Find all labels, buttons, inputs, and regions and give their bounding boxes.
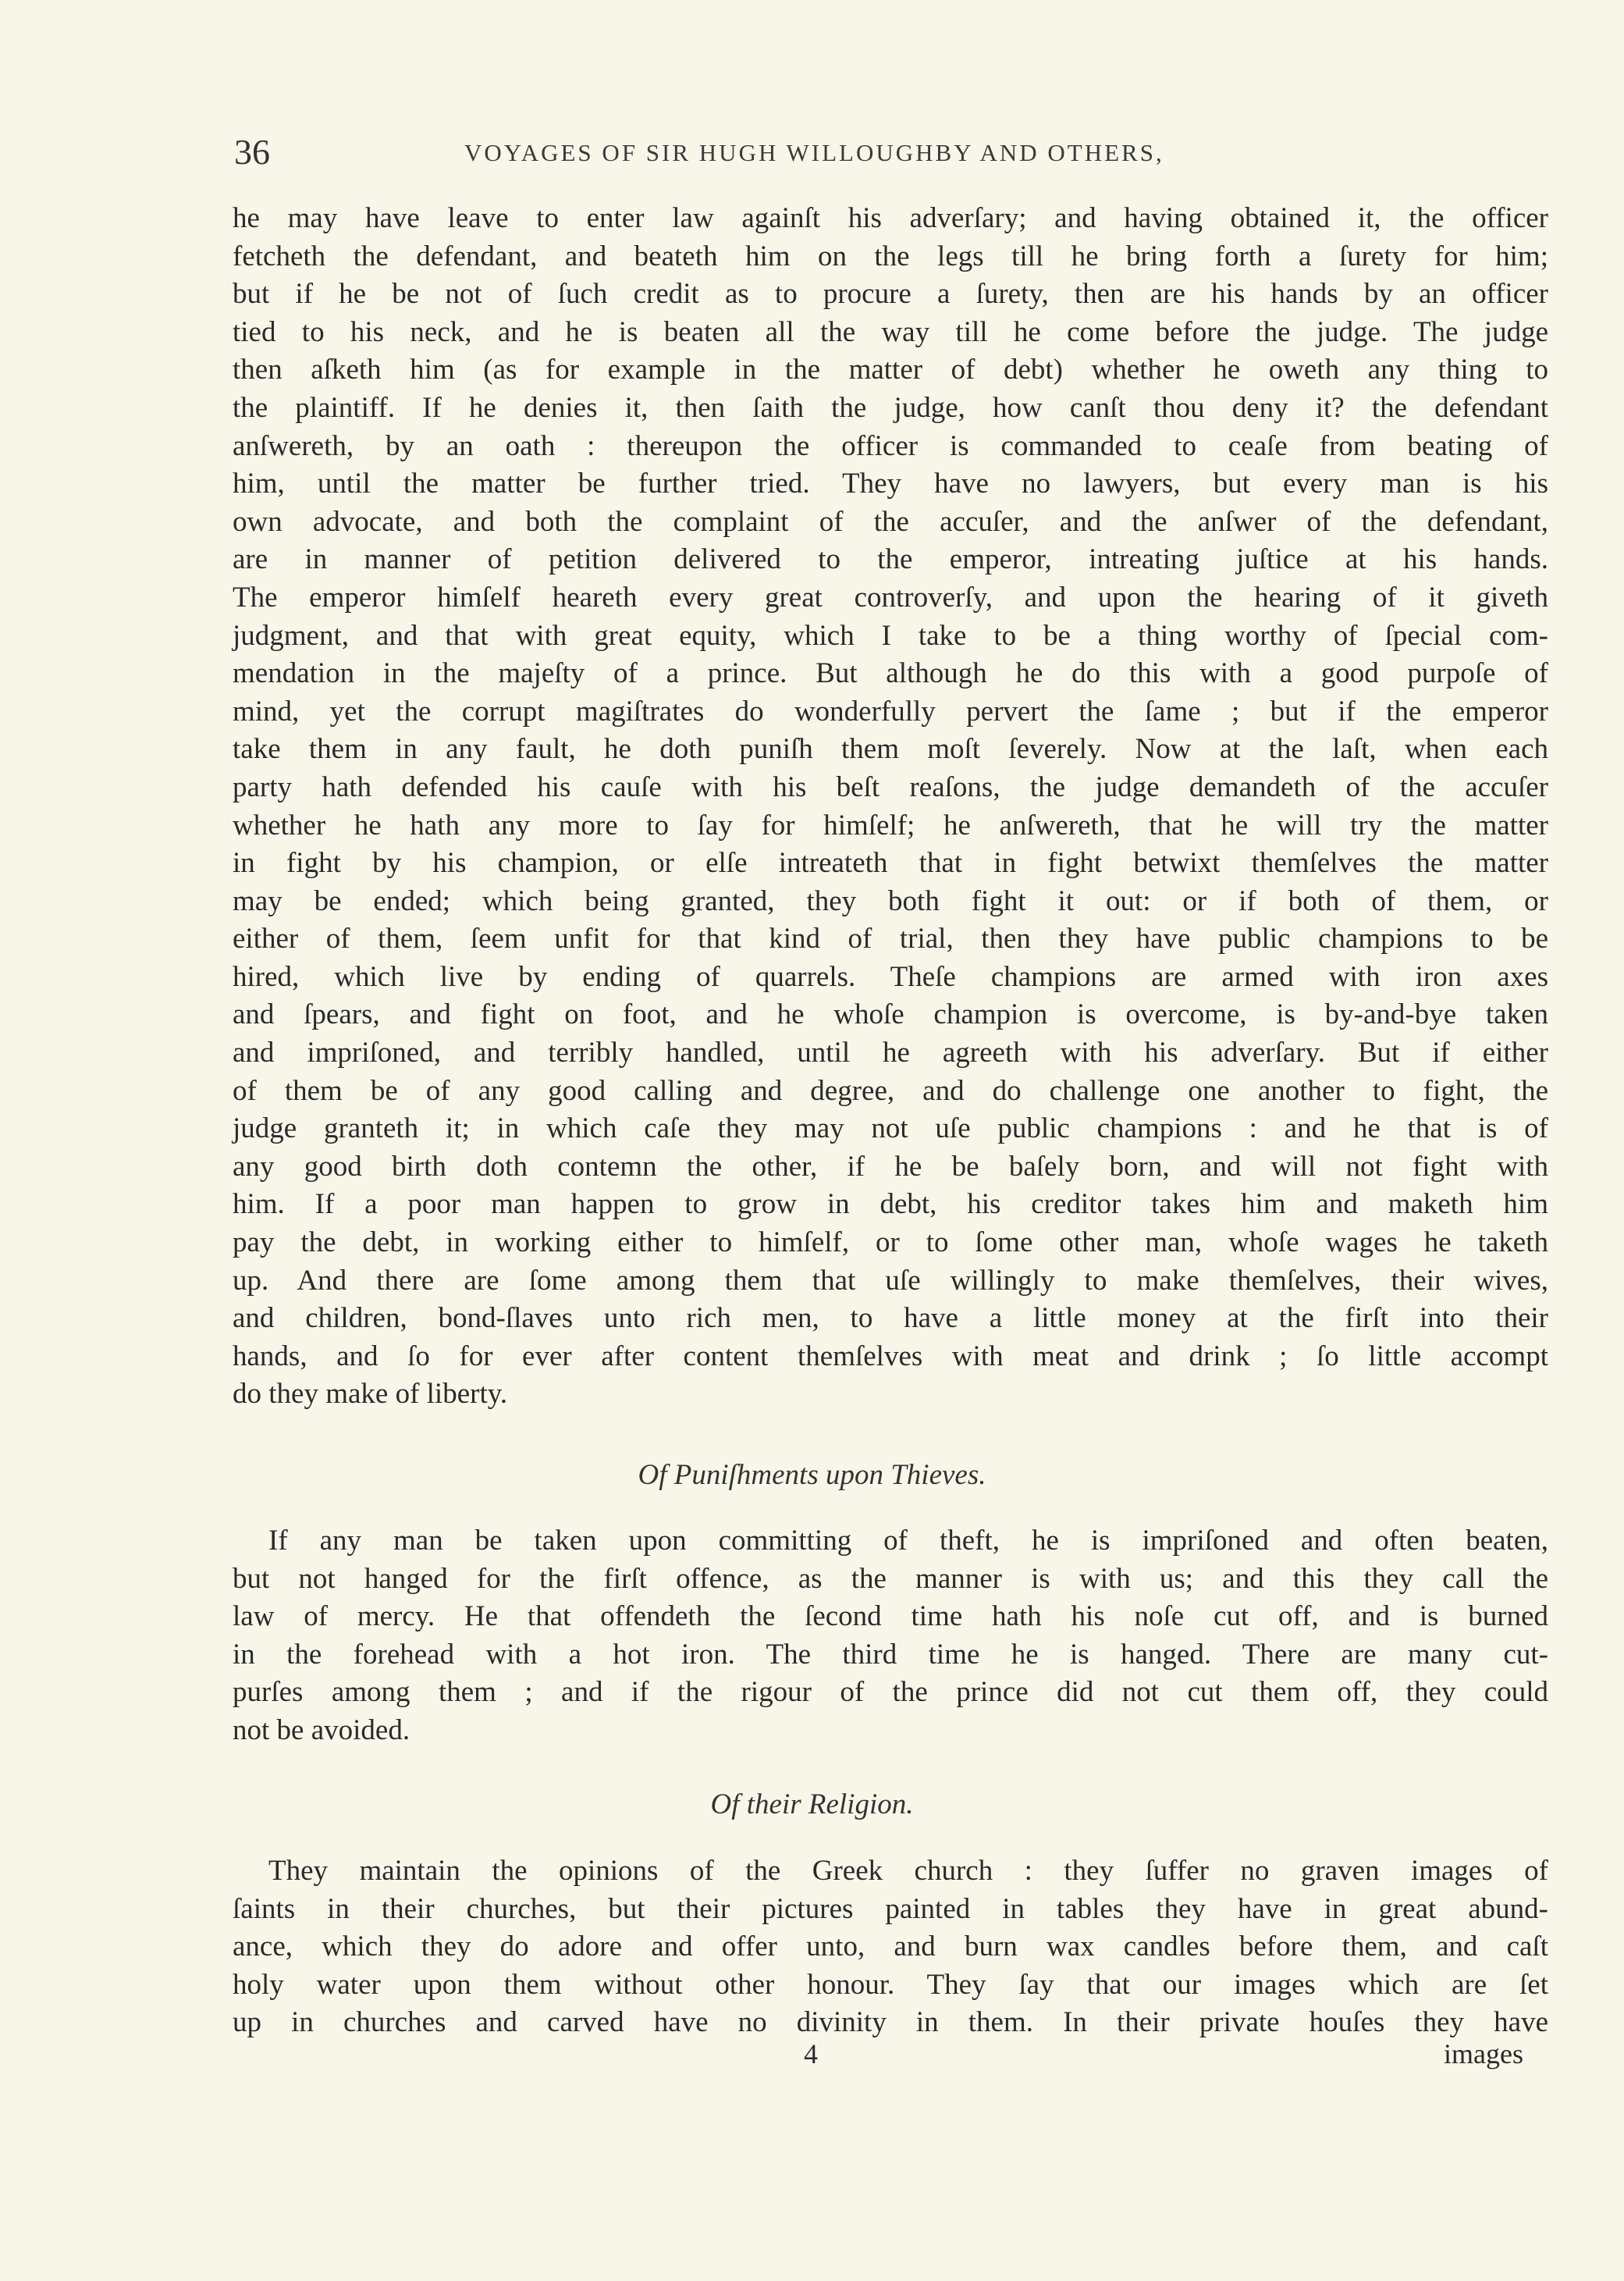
text-line: party hath defended his cauſe with his b… <box>233 769 1548 807</box>
text-line: in the forehead with a hot iron. The thi… <box>233 1636 1548 1674</box>
text-line: do they make of liberty. <box>233 1375 1548 1414</box>
text-line: ance, which they do adore and offer unto… <box>233 1928 1548 1966</box>
text-line: The emperor himſelf heareth every great … <box>233 579 1548 617</box>
text-line: tied to his neck, and he is beaten all t… <box>233 314 1548 352</box>
text-line: may be ended; which being granted, they … <box>233 883 1548 921</box>
text-line: then aſketh him (as for example in the m… <box>233 351 1548 390</box>
text-line: take them in any fault, he doth puniſh t… <box>233 731 1548 769</box>
text-line: They maintain the opinions of the Greek … <box>233 1852 1548 1891</box>
paragraph-religion: They maintain the opinions of the Greek … <box>233 1852 1548 2042</box>
text-line: holy water upon them without other honou… <box>233 1966 1548 2005</box>
text-line: law of mercy. He that offendeth the ſeco… <box>233 1598 1548 1636</box>
text-line: up in churches and carved have no divini… <box>233 2004 1548 2042</box>
text-line: ſaints in their churches, but their pict… <box>233 1891 1548 1929</box>
paragraph-judicial: he may have leave to enter law againſt h… <box>233 200 1548 1414</box>
text-line: in fight by his champion, or elſe intrea… <box>233 845 1548 883</box>
paragraph-punishments: If any man be taken upon committing of t… <box>233 1522 1548 1750</box>
text-line: anſwereth, by an oath : thereupon the of… <box>233 428 1548 466</box>
text-line: and ſpears, and fight on foot, and he wh… <box>233 996 1548 1034</box>
text-line: hired, which live by ending of quarrels.… <box>233 959 1548 997</box>
text-line: are in manner of petition delivered to t… <box>233 541 1548 579</box>
text-line: pay the debt, in working either to himſe… <box>233 1224 1548 1262</box>
text-line: own advocate, and both the complaint of … <box>233 504 1548 542</box>
signature-mark: 4 <box>804 2037 818 2070</box>
text-line: If any man be taken upon committing of t… <box>233 1522 1548 1560</box>
text-line: of them be of any good calling and degre… <box>233 1073 1548 1111</box>
text-line: he may have leave to enter law againſt h… <box>233 200 1548 238</box>
section-heading-religion: Of their Religion. <box>0 1788 1624 1821</box>
text-line: mind, yet the corrupt magiſtrates do won… <box>233 693 1548 731</box>
text-line: and impriſoned, and terribly handled, un… <box>233 1034 1548 1073</box>
page-number: 36 <box>234 131 270 173</box>
text-line: up. And there are ſome among them that u… <box>233 1262 1548 1301</box>
text-line: and children, bond-ſlaves unto rich men,… <box>233 1300 1548 1338</box>
running-title: VOYAGES OF SIR HUGH WILLOUGHBY AND OTHER… <box>464 139 1164 167</box>
text-line: purſes among them ; and if the rigour of… <box>233 1674 1548 1712</box>
text-line: whether he hath any more to ſay for himſ… <box>233 807 1548 845</box>
text-line: mendation in the majeſty of a prince. Bu… <box>233 655 1548 693</box>
text-line: the plaintiff. If he denies it, then ſai… <box>233 390 1548 428</box>
text-line: fetcheth the defendant, and beateth him … <box>233 238 1548 276</box>
text-line: any good birth doth contemn the other, i… <box>233 1148 1548 1187</box>
text-line: either of them, ſeem unfit for that kind… <box>233 920 1548 959</box>
section-heading-punishments: Of Puniſhments upon Thieves. <box>0 1458 1624 1492</box>
text-line: him. If a poor man happen to grow in deb… <box>233 1186 1548 1224</box>
text-line: judgment, and that with great equity, wh… <box>233 617 1548 656</box>
text-line: not be avoided. <box>233 1712 1548 1750</box>
text-line: him, until the matter be further tried. … <box>233 465 1548 504</box>
text-line: but if he be not of ſuch credit as to pr… <box>233 276 1548 314</box>
text-line: but not hanged for the firſt offence, as… <box>233 1560 1548 1599</box>
text-line: hands, and ſo for ever after content the… <box>233 1338 1548 1376</box>
catchword: images <box>1444 2037 1523 2070</box>
text-line: judge granteth it; in which caſe they ma… <box>233 1110 1548 1148</box>
page-header: 36 VOYAGES OF SIR HUGH WILLOUGHBY AND OT… <box>234 131 1553 178</box>
